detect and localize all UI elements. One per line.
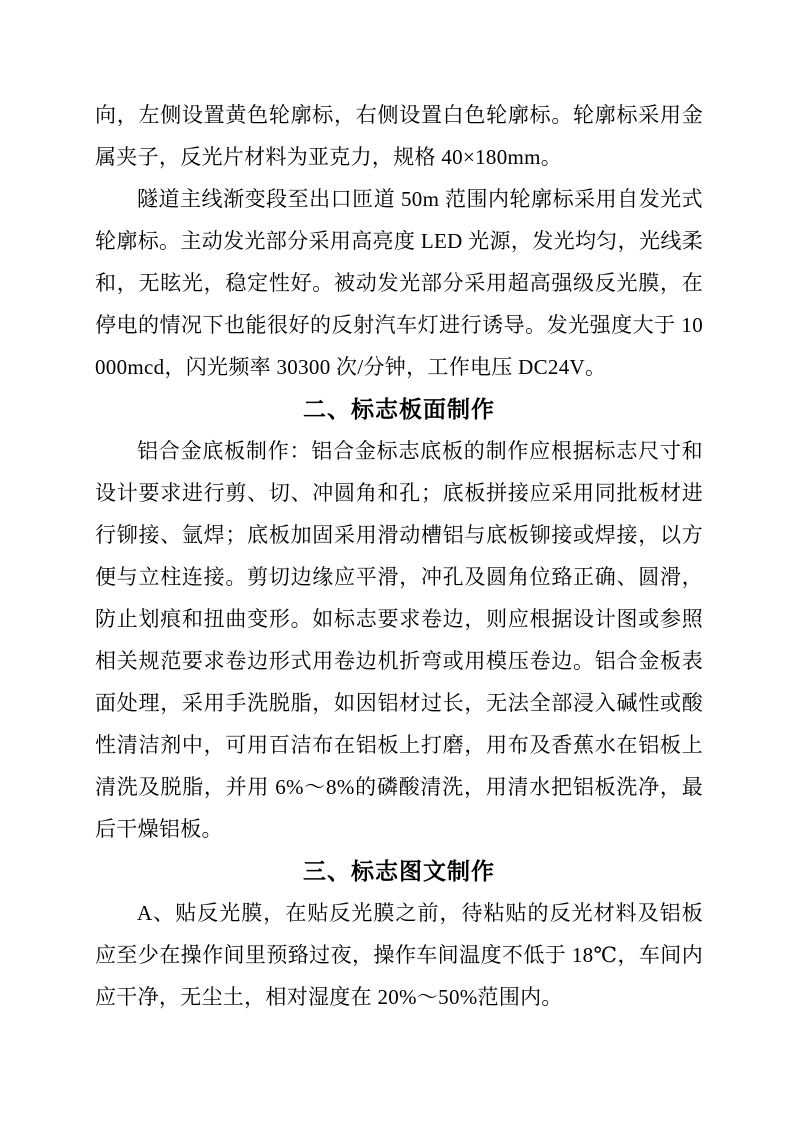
paragraph-reflective-film-application: A、贴反光膜，在贴反光膜之前，待粘贴的反光材料及铝板应至少在操作间里预臵过夜，操… (95, 892, 703, 1018)
document-body: 向，左侧设置黄色轮廓标，右侧设置白色轮廓标。轮廓标采用金属夹子，反光片材料为亚克… (95, 94, 703, 1018)
paragraph-aluminum-panel-fabrication: 铝合金底板制作：铝合金标志底板的制作应根据标志尺寸和设计要求进行剪、切、冲圆角和… (95, 430, 703, 850)
paragraph-tunnel-delineators: 隧道主线渐变段至出口匝道 50m 范围内轮廓标采用自发光式轮廓标。主动发光部分采… (95, 178, 703, 388)
section-heading-sign-graphics-fabrication: 三、标志图文制作 (95, 850, 703, 892)
paragraph-continuation: 向，左侧设置黄色轮廓标，右侧设置白色轮廓标。轮廓标采用金属夹子，反光片材料为亚克… (95, 94, 703, 178)
document-page: 向，左侧设置黄色轮廓标，右侧设置白色轮廓标。轮廓标采用金属夹子，反光片材料为亚克… (0, 0, 793, 1122)
section-heading-sign-panel-fabrication: 二、标志板面制作 (95, 388, 703, 430)
